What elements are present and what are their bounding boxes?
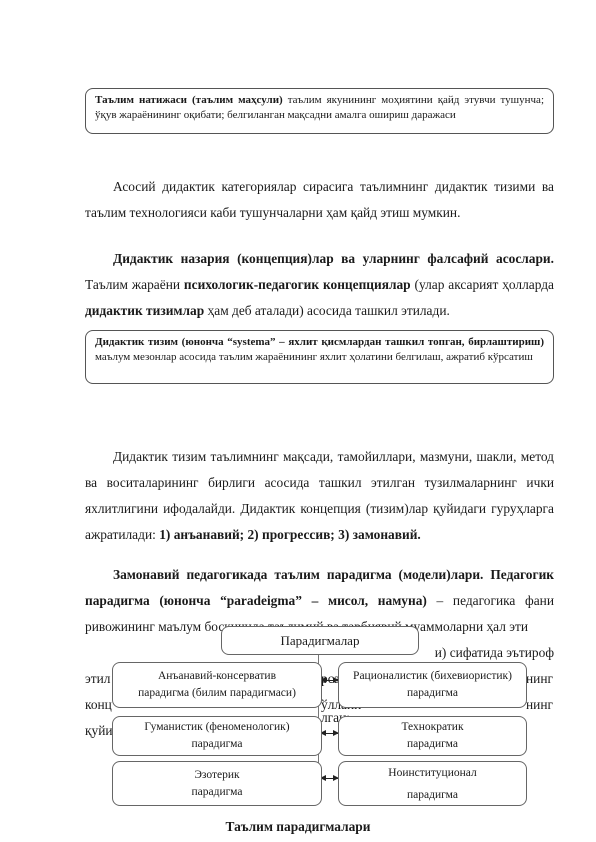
paragraph-text: (улар аксарият ҳолларда	[411, 277, 554, 292]
box-line: Анъанавий-консерватив	[158, 668, 276, 685]
paragraph-didactic-categories: Асосий дидактик категориялар сирасига та…	[85, 174, 554, 226]
paragraph-text: Таълим жараёни	[85, 277, 184, 292]
box-line: парадигма	[192, 736, 243, 753]
hidden-fragment: қуйи	[85, 718, 113, 744]
box-line: парадигма	[192, 784, 243, 801]
box-line: парадигма	[407, 736, 458, 753]
box-line: Ноинституционал	[388, 762, 476, 784]
box-line: Рационалистик (бихевиористик)	[353, 668, 512, 685]
paragraph-didactic-theories: Дидактик назария (концепция)лар ва уларн…	[85, 246, 554, 324]
double-arrow-icon	[321, 733, 338, 734]
diagram-box-technocratic: Технократик парадигма	[338, 716, 527, 756]
definition-term: Таълим натижаси (таълим маҳсули)	[95, 94, 283, 106]
figure-caption: Таълим парадигмалари	[0, 819, 596, 835]
double-arrow-icon	[321, 778, 338, 779]
definition-term: Дидактик тизим (юнонча “systema” – яхлит…	[95, 336, 544, 348]
diagram-root-box: Парадигмалар	[221, 626, 419, 655]
paragraph-text: ҳам деб аталади) асосида ташкил этилади.	[204, 303, 450, 318]
double-arrow-icon	[321, 680, 338, 681]
hidden-fragment: нинг	[526, 666, 553, 692]
hidden-fragment: конц	[85, 692, 112, 718]
definition-text: маълум мезонлар асосида таълим жараёнини…	[95, 351, 533, 363]
paragraph-didactic-system-groups: Дидактик тизим таълимнинг мақсади, тамой…	[85, 444, 554, 548]
hidden-fragment: нинг	[526, 692, 553, 718]
diagram-box-traditional: Анъанавий-консерватив парадигма (билим п…	[112, 662, 322, 708]
hidden-fragment: этил	[85, 666, 110, 692]
definition-box-learning-outcome: Таълим натижаси (таълим маҳсули) таълим …	[85, 88, 554, 134]
box-line: Гуманистик (феноменологик)	[144, 719, 289, 736]
diagram-box-esoteric: Эзотерик парадигма	[112, 761, 322, 806]
diagram-box-noninstitutional: Ноинституционал парадигма	[338, 761, 527, 806]
bold-term: психологик-педагогик концепциялар	[184, 277, 411, 292]
section-heading: Замонавий педагогикада таълим парадигма …	[113, 567, 483, 582]
box-line: Технократик	[401, 719, 463, 736]
diagram-box-rationalist: Рационалистик (бихевиористик) парадигма	[338, 662, 527, 708]
box-line: парадигма	[407, 685, 458, 702]
section-heading: Дидактик назария (концепция)лар ва уларн…	[113, 251, 554, 266]
paragraph-text: Асосий дидактик категориялар сирасига та…	[85, 179, 554, 220]
bold-term: дидактик тизимлар	[85, 303, 204, 318]
box-line: Эзотерик	[194, 767, 239, 784]
box-line: парадигма	[407, 784, 458, 806]
definition-box-didactic-system: Дидактик тизим (юнонча “systema” – яхлит…	[85, 330, 554, 384]
box-line: парадигма (билим парадигмаси)	[138, 685, 296, 702]
diagram-root-label: Парадигмалар	[281, 632, 360, 649]
bold-list: 1) анъанавий; 2) прогрессив; 3) замонави…	[159, 527, 421, 542]
diagram-box-humanistic: Гуманистик (феноменологик) парадигма	[112, 716, 322, 756]
